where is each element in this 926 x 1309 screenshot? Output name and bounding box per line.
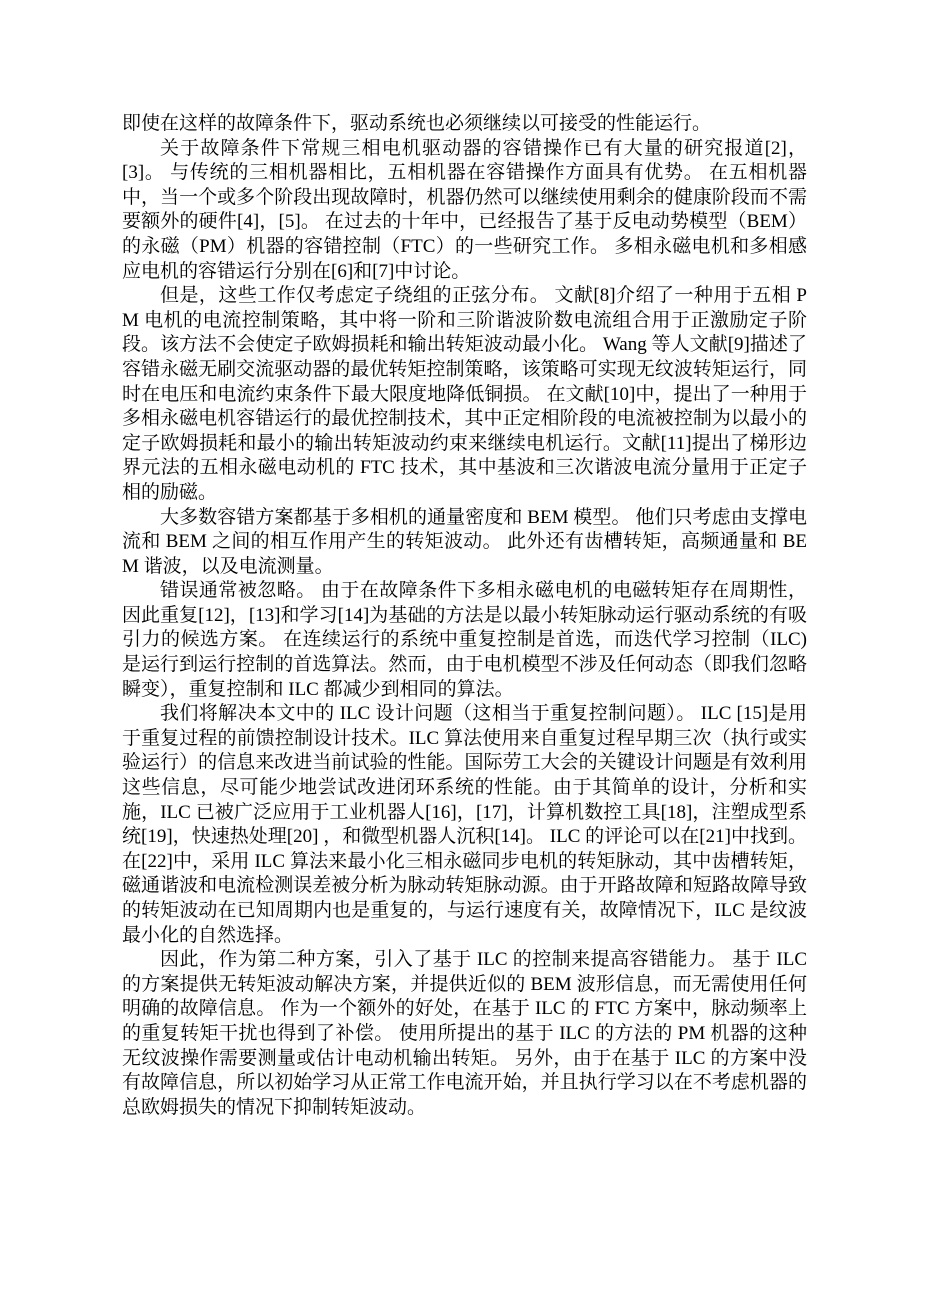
- paragraph: 但是，这些工作仅考虑定子绕组的正弦分布。 文献[8]介绍了一种用于五相 PM 电…: [122, 284, 807, 505]
- text-block: 即使在这样的故障条件下，驱动系统也必须继续以可接受的性能运行。关于故障条件下常规…: [122, 112, 807, 1120]
- paragraph: 即使在这样的故障条件下，驱动系统也必须继续以可接受的性能运行。: [122, 112, 807, 137]
- paragraph: 我们将解决本文中的 ILC 设计问题（这相当于重复控制问题）。 ILC [15]…: [122, 702, 807, 948]
- paragraph: 因此，作为第二种方案，引入了基于 ILC 的控制来提高容错能力。 基于 ILC …: [122, 948, 807, 1120]
- paragraph: 关于故障条件下常规三相电机驱动器的容错操作已有大量的研究报道[2]，[3]。 与…: [122, 137, 807, 285]
- paragraph: 错误通常被忽略。 由于在故障条件下多相永磁电机的电磁转矩存在周期性，因此重复[1…: [122, 579, 807, 702]
- paragraph: 大多数容错方案都基于多相机的通量密度和 BEM 模型。 他们只考虑由支撑电流和 …: [122, 506, 807, 580]
- document-page: 即使在这样的故障条件下，驱动系统也必须继续以可接受的性能运行。关于故障条件下常规…: [0, 0, 926, 1309]
